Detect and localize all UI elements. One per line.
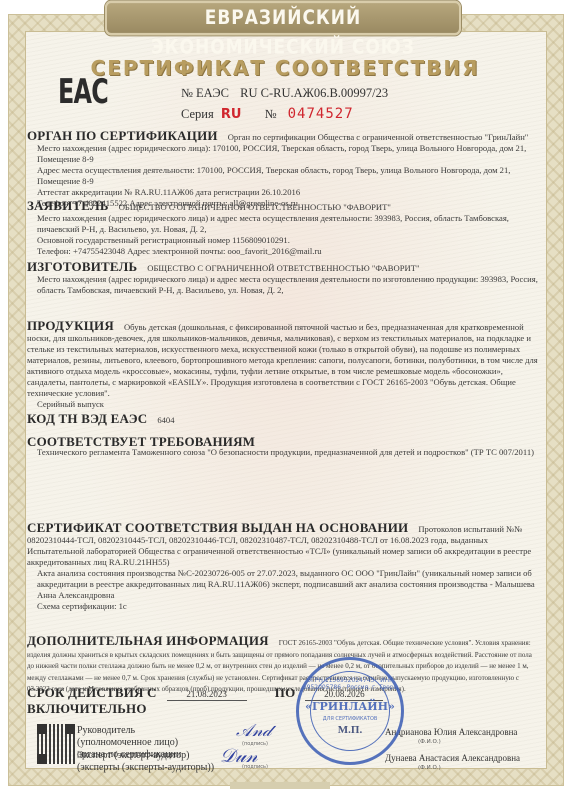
expert-fio-caption: (Ф.И.О.) <box>418 765 441 771</box>
section-heading: ПРОДУКЦИЯ <box>27 318 114 333</box>
series-label: Серия <box>181 107 214 121</box>
registration-value: RU C-RU.АЖ06.В.00997/23 <box>240 86 388 100</box>
section-heading: ОРГАН ПО СЕРТИФИКАЦИИ <box>27 128 218 143</box>
series-value: RU <box>221 107 242 122</box>
section-validity: СРОК ДЕЙСТВИЯ С21.08.2023 ПО20.08.2026 В… <box>27 687 540 714</box>
blank-series: Серия RU № 0474527 <box>181 106 354 122</box>
cert-body-legal-address: Место нахождения (адрес юридического лиц… <box>37 143 540 165</box>
conforms-text: Технического регламента Таможенного союз… <box>27 447 540 458</box>
validity-date-from: 21.08.2023 <box>167 689 247 701</box>
expert-sign-caption: (подпись) <box>242 764 268 770</box>
section-heading: СООТВЕТСТВУЕТ ТРЕБОВАНИЯМ <box>27 436 530 447</box>
product-serial: Серийный выпуск <box>37 399 540 410</box>
section-product: ПРОДУКЦИЯОбувь детская (дошкольная, с фи… <box>27 320 540 410</box>
hs-code-value: 6404 <box>157 415 174 425</box>
validity-inclusive: ВКЛЮЧИТЕЛЬНО <box>27 703 530 714</box>
section-conforms: СООТВЕТСТВУЕТ ТРЕБОВАНИЯМ Технического р… <box>27 436 540 458</box>
applicant-address: Место нахождения (адрес юридического лиц… <box>37 213 540 235</box>
section-manufacturer: ИЗГОТОВИТЕЛЬОБЩЕСТВО С ОГРАНИЧЕННОЙ ОТВЕ… <box>27 261 540 296</box>
blank-number: 0474527 <box>288 106 354 122</box>
applicant-contacts: Телефон: +74755423048 Адрес электронной … <box>37 246 540 257</box>
section-heading: ЗАЯВИТЕЛЬ <box>27 198 109 213</box>
stamp-mp: М.П. <box>299 724 401 736</box>
head-fio-caption: (Ф.И.О.) <box>418 739 441 745</box>
eac-mark-icon: EAC <box>58 72 108 112</box>
footer-print-strip <box>230 782 330 789</box>
cert-body-name: Орган по сертификации Общества с огранич… <box>228 132 529 142</box>
stamp-org-name: «ГРИНЛАЙН» <box>299 700 401 713</box>
head-signer-name: Андрианова Юлия Александровна <box>385 726 517 738</box>
section-applicant: ЗАЯВИТЕЛЬОБЩЕСТВО С ОГРАНИЧЕННОЙ ОТВЕТСТ… <box>27 200 540 257</box>
section-basis: СЕРТИФИКАТ СООТВЕТСТВИЯ ВЫДАН НА ОСНОВАН… <box>27 522 540 612</box>
manufacturer-address: Место нахождения (адрес юридического лиц… <box>37 274 540 296</box>
stamp-sub: ДЛЯ СЕРТИФИКАТОВ <box>299 716 401 722</box>
head-signature-icon: 𝒜𝓃𝒹 <box>236 721 271 741</box>
registration-number: № ЕАЭС RU C-RU.АЖ06.В.00997/23 <box>181 86 388 101</box>
validity-label-from: СРОК ДЕЙСТВИЯ С <box>27 685 157 700</box>
qr-code-icon[interactable] <box>37 724 75 764</box>
validity-label-to: ПО <box>275 685 296 700</box>
section-heading: ИЗГОТОВИТЕЛЬ <box>27 259 137 274</box>
registration-label: № ЕАЭС <box>181 86 229 100</box>
applicant-name: ОБЩЕСТВО С ОГРАНИЧЕННОЙ ОТВЕТСТВЕННОСТЬЮ… <box>119 202 391 212</box>
section-heading: ДОПОЛНИТЕЛЬНАЯ ИНФОРМАЦИЯ <box>27 633 269 648</box>
section-heading: СЕРТИФИКАТ СООТВЕТСТВИЯ ВЫДАН НА ОСНОВАН… <box>27 520 408 535</box>
basis-act: Акта анализа состояния производства №С-2… <box>37 568 540 601</box>
expert-signer-label: Эксперт (эксперт-аудитор) (эксперты (экс… <box>77 750 217 774</box>
head-sign-caption: (подпись) <box>242 741 268 747</box>
manufacturer-name: ОБЩЕСТВО С ОГРАНИЧЕННОЙ ОТВЕТСТВЕННОСТЬЮ… <box>147 263 419 273</box>
basis-scheme: Схема сертификации: 1с <box>37 601 540 612</box>
product-description: Обувь детская (дошкольная, с фиксированн… <box>27 322 538 398</box>
blank-number-label: № <box>265 107 277 121</box>
cert-body-accreditation: Аттестат аккредитации № RA.RU.11АЖ06 дат… <box>37 187 540 198</box>
stamp-ring-text: ОГРН 1156952024745 · ИНН 6952005786 · Ро… <box>299 677 401 691</box>
organization-stamp-icon: ОГРН 1156952024745 · ИНН 6952005786 · Ро… <box>296 657 404 765</box>
cert-body-activity-address: Адрес места осуществления деятельности: … <box>37 165 540 187</box>
union-banner: ЕВРАЗИЙСКИЙ ЭКОНОМИЧЕСКИЙ СОЮЗ <box>105 1 461 36</box>
section-hs-code: КОД ТН ВЭД ЕАЭС6404 <box>27 413 540 426</box>
section-heading: КОД ТН ВЭД ЕАЭС <box>27 411 147 426</box>
applicant-ogrn: Основной государственный регистрационный… <box>37 235 540 246</box>
expert-signer-name: Дунаева Анастасия Александровна <box>385 752 520 764</box>
